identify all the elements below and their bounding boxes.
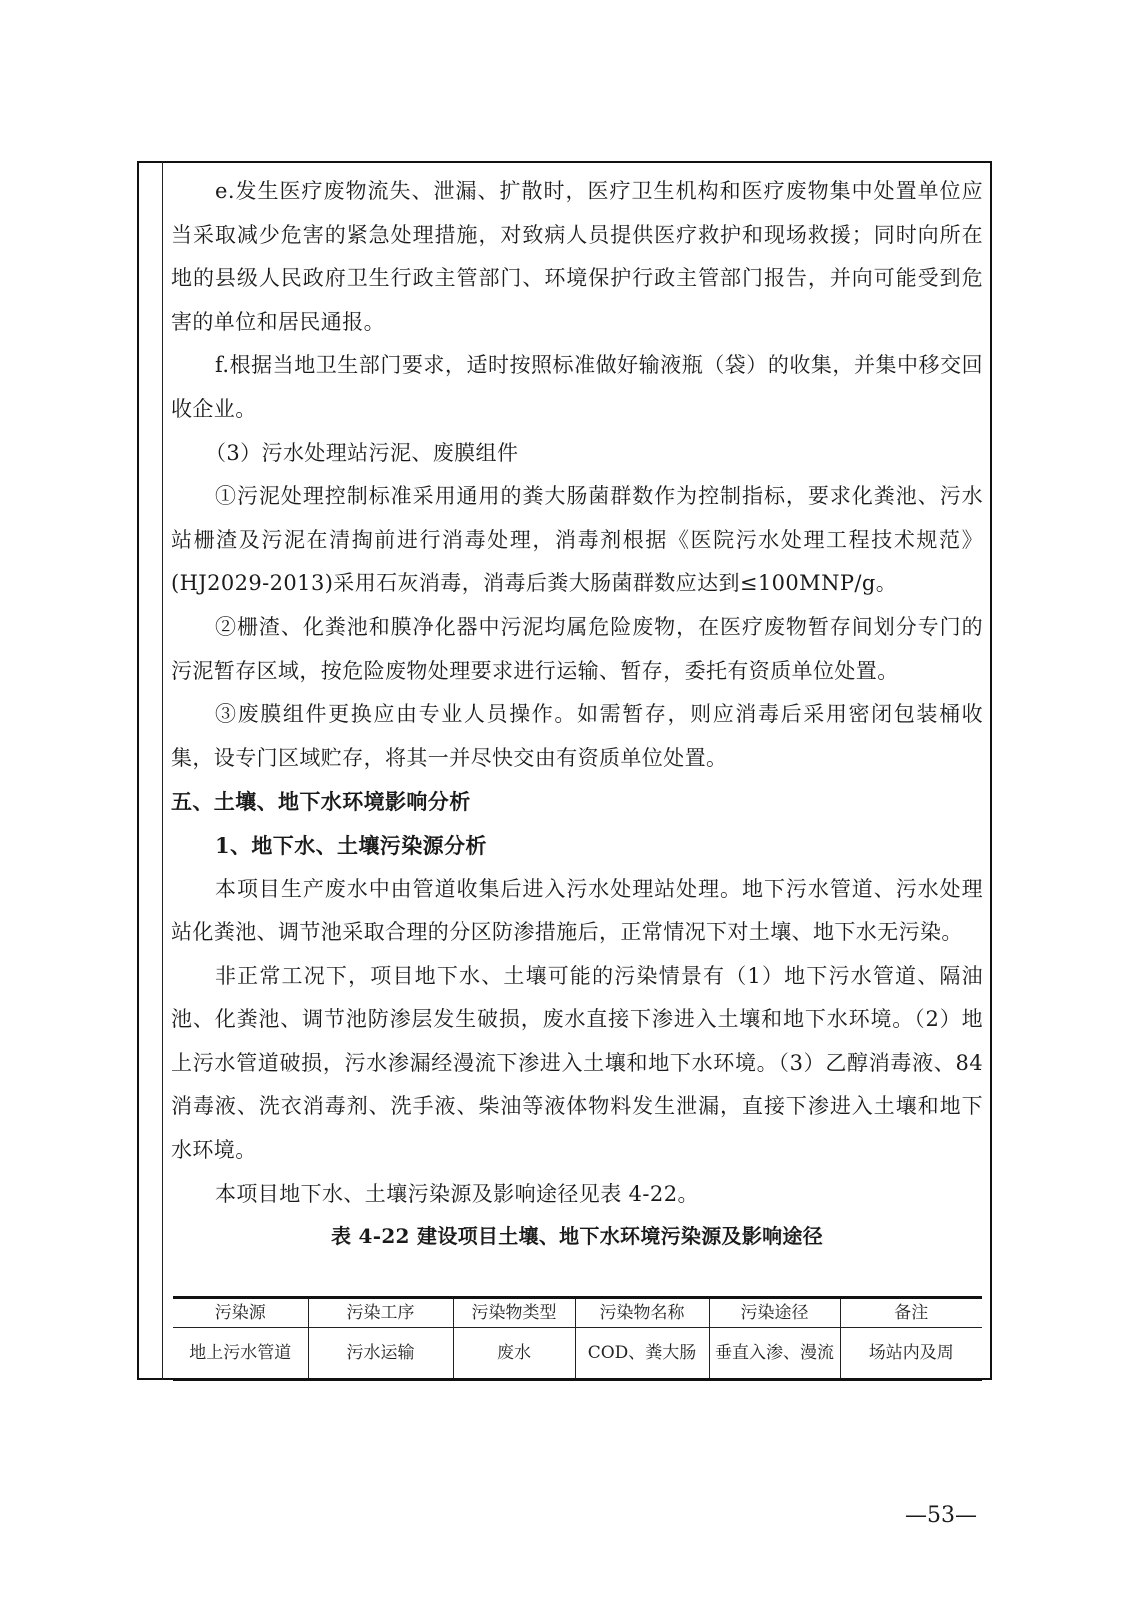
table-row: 地上污水管道 污水运输 废水 COD、粪大肠 垂直入渗、漫流 场站内及周: [173, 1328, 982, 1380]
document-body: e.发生医疗废物流失、泄漏、扩散时，医疗卫生机构和医疗废物集中处置单位应当采取减…: [171, 170, 983, 1254]
paragraph-normal-conditions: 本项目生产废水中由管道收集后进入污水处理站处理。地下污水管道、污水处理站化粪池、…: [171, 868, 983, 955]
paragraph-f: f.根据当地卫生部门要求，适时按照标准做好输液瓶（袋）的收集，并集中移交回收企业…: [171, 344, 983, 431]
cell-source: 地上污水管道: [173, 1328, 308, 1380]
header-pollutant-name: 污染物名称: [575, 1298, 709, 1328]
subheading-sludge-membrane: （3）污水处理站污泥、废膜组件: [171, 432, 983, 476]
section-heading-5: 五、土壤、地下水环境影响分析: [171, 780, 983, 824]
table-header-row: 污染源 污染工序 污染物类型 污染物名称 污染途径 备注: [173, 1298, 982, 1328]
header-pollutant-type: 污染物类型: [453, 1298, 575, 1328]
header-pollution-pathway: 污染途径: [709, 1298, 840, 1328]
paragraph-table-reference: 本项目地下水、土壤污染源及影响途径见表 4-22。: [171, 1173, 983, 1217]
header-pollution-source: 污染源: [173, 1298, 308, 1328]
header-remarks: 备注: [840, 1298, 982, 1328]
subsection-heading-5-1: 1、地下水、土壤污染源分析: [171, 824, 983, 868]
paragraph-item-3: ③废膜组件更换应由专业人员操作。如需暂存，则应消毒后采用密闭包装桶收集，设专门区…: [171, 693, 983, 780]
pollution-source-table: 污染源 污染工序 污染物类型 污染物名称 污染途径 备注 地上污水管道 污水运输…: [173, 1296, 982, 1381]
paragraph-abnormal-conditions: 非正常工况下，项目地下水、土壤可能的污染情景有（1）地下污水管道、隔油池、化粪池…: [171, 955, 983, 1173]
frame-left-column-divider: [162, 161, 163, 1380]
paragraph-item-1: ①污泥处理控制标准采用通用的粪大肠菌群数作为控制指标，要求化粪池、污水站栅渣及污…: [171, 475, 983, 606]
page-number: —53—: [905, 1503, 977, 1528]
paragraph-item-2: ②栅渣、化粪池和膜净化器中污泥均属危险废物，在医疗废物暂存间划分专门的污泥暂存区…: [171, 606, 983, 693]
cell-remarks: 场站内及周: [840, 1328, 982, 1380]
cell-name: COD、粪大肠: [575, 1328, 709, 1380]
header-pollution-process: 污染工序: [308, 1298, 453, 1328]
table-caption: 表 4-22 建设项目土壤、地下水环境污染源及影响途径: [171, 1218, 983, 1254]
paragraph-e: e.发生医疗废物流失、泄漏、扩散时，医疗卫生机构和医疗废物集中处置单位应当采取减…: [171, 170, 983, 344]
cell-process: 污水运输: [308, 1328, 453, 1380]
cell-type: 废水: [453, 1328, 575, 1380]
cell-pathway: 垂直入渗、漫流: [709, 1328, 840, 1380]
